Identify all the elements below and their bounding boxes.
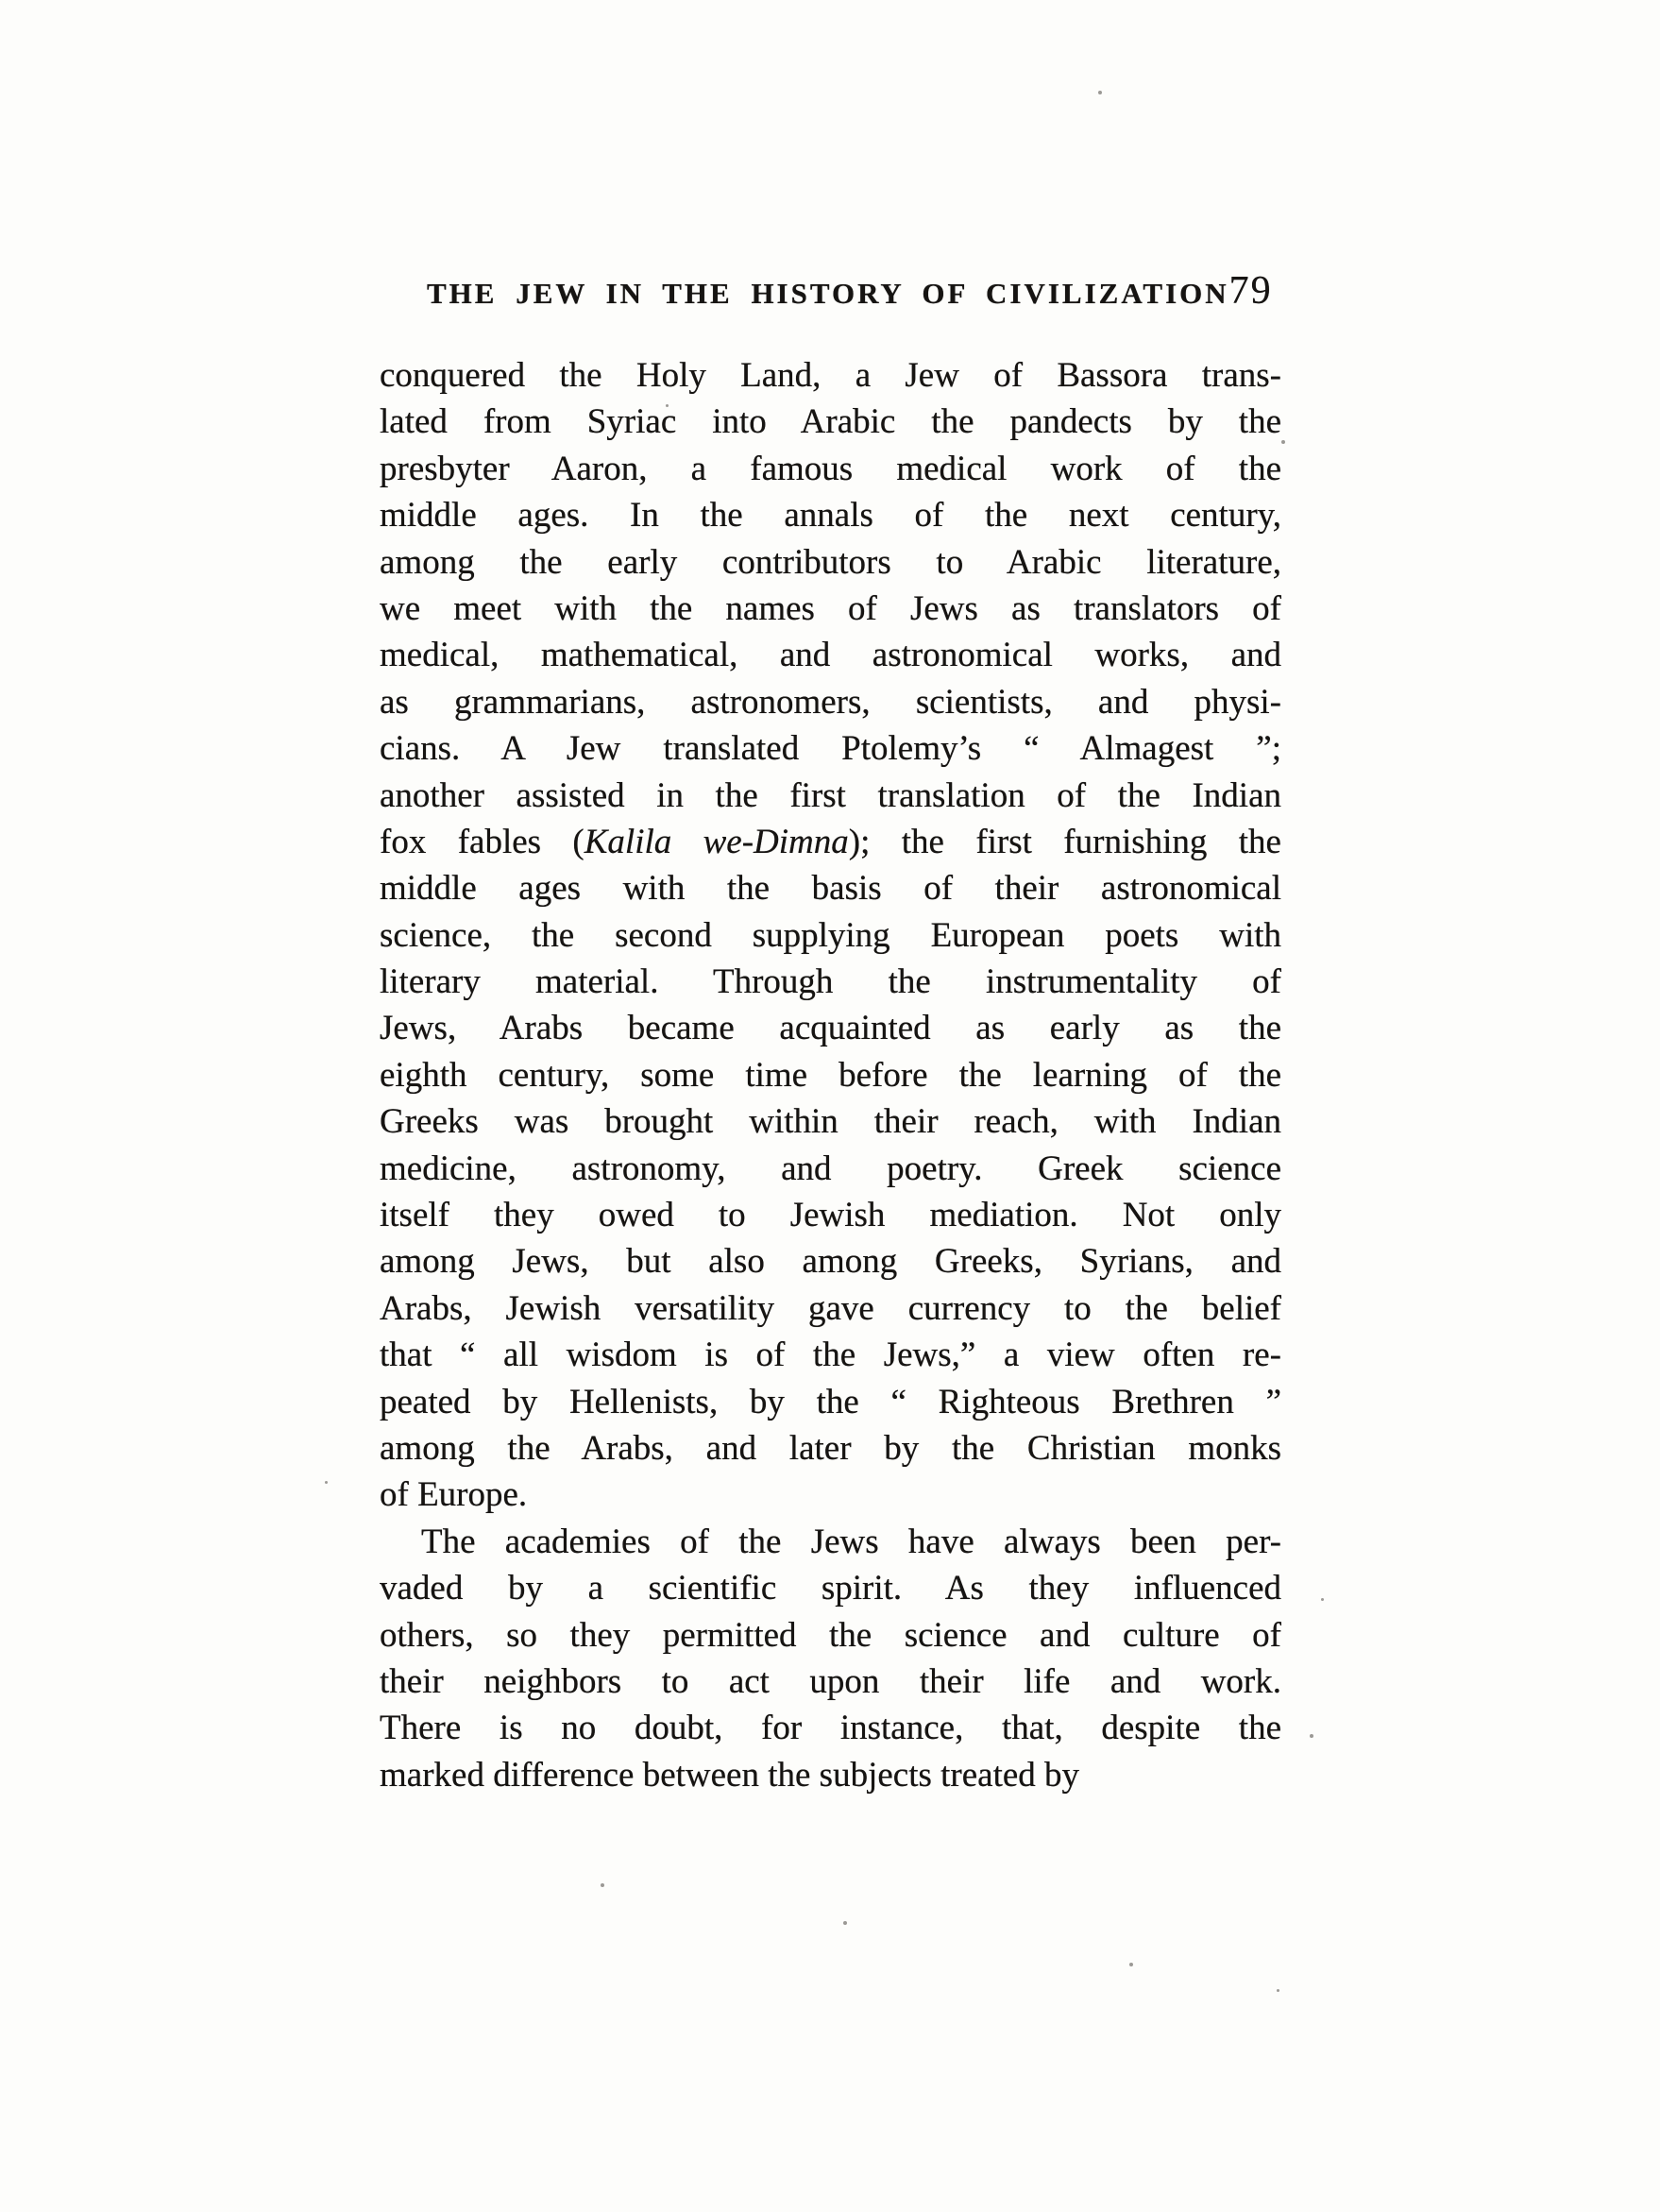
- scan-speck: [843, 1921, 847, 1925]
- text-line: cians. A Jew translated Ptolemy’s “ Alma…: [380, 725, 1281, 772]
- text-segment: marked difference between the subjects t…: [380, 1756, 1079, 1795]
- text-line: There is no doubt, for instance, that, d…: [380, 1705, 1281, 1751]
- paragraph: The academies of the Jews have always be…: [380, 1519, 1281, 1798]
- scan-speck: [1129, 1963, 1133, 1966]
- running-header: THE JEW IN THE HISTORY OF CIVILIZATION 7…: [427, 268, 1259, 314]
- text-line: middle ages with the basis of their astr…: [380, 865, 1281, 911]
- text-segment: ); the first furnishing the: [849, 823, 1281, 861]
- text-line: itself they owed to Jewish mediation. No…: [380, 1192, 1281, 1238]
- text-line: marked difference between the subjects t…: [380, 1752, 1281, 1798]
- text-segment: of Europe.: [380, 1475, 527, 1514]
- text-line: lated from Syriac into Arabic the pandec…: [380, 399, 1281, 445]
- book-page: THE JEW IN THE HISTORY OF CIVILIZATION 7…: [0, 0, 1660, 2212]
- text-line: peated by Hellenists, by the “ Righteous…: [380, 1379, 1281, 1425]
- text-segment: among Jews, but also among Greeks, Syria…: [380, 1242, 1281, 1281]
- text-segment: itself they owed to Jewish mediation. No…: [380, 1196, 1281, 1234]
- text-segment: we meet with the names of Jews as transl…: [380, 589, 1281, 628]
- text-segment: science, the second supplying European p…: [380, 916, 1281, 955]
- text-segment: vaded by a scientific spirit. As they in…: [380, 1569, 1281, 1608]
- text-line: their neighbors to act upon their life a…: [380, 1659, 1281, 1705]
- text-line: Jews, Arabs became acquainted as early a…: [380, 1005, 1281, 1051]
- text-line: as grammarians, astronomers, scientists,…: [380, 679, 1281, 725]
- text-line: middle ages. In the annals of the next c…: [380, 492, 1281, 538]
- text-line: another assisted in the first translatio…: [380, 773, 1281, 819]
- scan-speck: [1281, 440, 1285, 444]
- text-segment: literary material. Through the instrumen…: [380, 962, 1281, 1001]
- paragraph: conquered the Holy Land, a Jew of Bassor…: [380, 352, 1281, 1519]
- text-segment: Jews, Arabs became acquainted as early a…: [380, 1009, 1281, 1047]
- scan-speck: [1310, 1734, 1313, 1738]
- text-line: among Jews, but also among Greeks, Syria…: [380, 1238, 1281, 1285]
- text-line: medicine, astronomy, and poetry. Greek s…: [380, 1146, 1281, 1192]
- text-line: medical, mathematical, and astronomical …: [380, 632, 1281, 678]
- text-line: science, the second supplying European p…: [380, 912, 1281, 959]
- text-line: of Europe.: [380, 1472, 1281, 1518]
- scan-speck: [325, 1481, 328, 1484]
- text-segment: lated from Syriac into Arabic the pandec…: [380, 402, 1281, 441]
- scan-speck: [1098, 91, 1102, 94]
- text-segment: others, so they permitted the science an…: [380, 1616, 1281, 1655]
- text-line: that “ all wisdom is of the Jews,” a vie…: [380, 1332, 1281, 1378]
- page-number: 79: [1229, 268, 1273, 314]
- text-segment: Arabs, Jewish versatility gave currency …: [380, 1289, 1281, 1328]
- text-line: we meet with the names of Jews as transl…: [380, 586, 1281, 632]
- text-line: presbyter Aaron, a famous medical work o…: [380, 446, 1281, 492]
- text-segment: There is no doubt, for instance, that, d…: [380, 1709, 1281, 1747]
- scan-speck: [1277, 1989, 1279, 1992]
- text-line: others, so they permitted the science an…: [380, 1612, 1281, 1659]
- text-segment: medicine, astronomy, and poetry. Greek s…: [380, 1149, 1281, 1188]
- page-text: conquered the Holy Land, a Jew of Bassor…: [380, 352, 1281, 1798]
- italic-book-title: Kalila we-Dimna: [584, 823, 849, 861]
- text-line: vaded by a scientific spirit. As they in…: [380, 1565, 1281, 1611]
- text-segment: presbyter Aaron, a famous medical work o…: [380, 450, 1281, 488]
- text-line: among the early contributors to Arabic l…: [380, 539, 1281, 586]
- text-segment: peated by Hellenists, by the “ Righteous…: [380, 1383, 1281, 1421]
- running-header-title: THE JEW IN THE HISTORY OF CIVILIZATION: [427, 277, 1229, 311]
- text-segment: their neighbors to act upon their life a…: [380, 1662, 1281, 1701]
- text-segment: among the Arabs, and later by the Christ…: [380, 1429, 1281, 1468]
- text-segment: Greeks was brought within their reach, w…: [380, 1102, 1281, 1141]
- text-line: among the Arabs, and later by the Christ…: [380, 1425, 1281, 1472]
- scan-speck: [1220, 1166, 1224, 1169]
- text-segment: another assisted in the first translatio…: [380, 776, 1281, 815]
- scan-speck: [601, 1883, 604, 1887]
- text-line: eighth century, some time before the lea…: [380, 1052, 1281, 1098]
- text-segment: conquered the Holy Land, a Jew of Bassor…: [380, 356, 1281, 395]
- text-segment: among the early contributors to Arabic l…: [380, 543, 1281, 582]
- text-line: Greeks was brought within their reach, w…: [380, 1098, 1281, 1145]
- text-segment: fox fables (: [380, 823, 584, 861]
- text-line: Arabs, Jewish versatility gave currency …: [380, 1285, 1281, 1332]
- text-line: fox fables (Kalila we-Dimna); the first …: [380, 819, 1281, 865]
- text-line: The academies of the Jews have always be…: [380, 1519, 1281, 1565]
- text-segment: as grammarians, astronomers, scientists,…: [380, 683, 1281, 722]
- text-segment: middle ages. In the annals of the next c…: [380, 496, 1281, 535]
- scan-speck: [666, 404, 669, 407]
- text-segment: that “ all wisdom is of the Jews,” a vie…: [380, 1336, 1281, 1374]
- text-segment: medical, mathematical, and astronomical …: [380, 636, 1281, 674]
- text-segment: The academies of the Jews have always be…: [421, 1523, 1281, 1561]
- scan-speck: [1321, 1598, 1324, 1601]
- text-segment: middle ages with the basis of their astr…: [380, 869, 1281, 908]
- text-line: conquered the Holy Land, a Jew of Bassor…: [380, 352, 1281, 399]
- text-line: literary material. Through the instrumen…: [380, 959, 1281, 1005]
- text-segment: cians. A Jew translated Ptolemy’s “ Alma…: [380, 729, 1281, 768]
- text-segment: eighth century, some time before the lea…: [380, 1056, 1281, 1095]
